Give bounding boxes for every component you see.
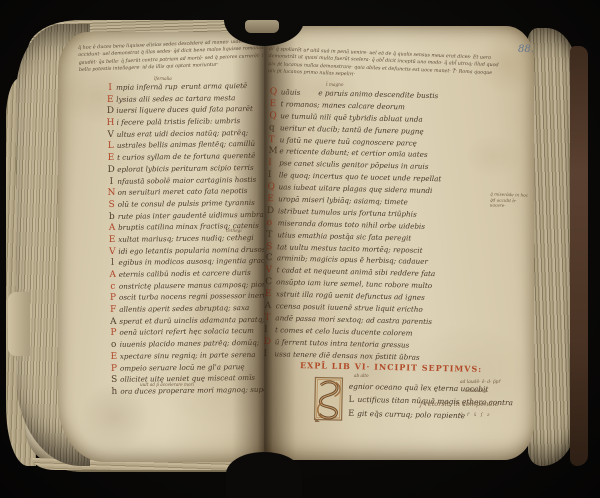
verse-text-right: Quāuis e paruis animo descendite bustisE… (264, 86, 443, 364)
verse-initial: Q (267, 111, 280, 123)
verse-initial: T (264, 313, 275, 325)
verse-initial: V (105, 130, 117, 142)
interlinear-gloss: t̄ magno (326, 82, 343, 87)
verse-initial: V (264, 265, 277, 277)
verse-initial: I (266, 158, 279, 170)
page-edges-right (528, 28, 576, 466)
verse-initial: E (104, 95, 116, 107)
verse-initial: M (266, 146, 279, 158)
verse-initial: P (107, 293, 119, 305)
verse-initial: H (105, 118, 117, 130)
manuscript-photo: q̄ hoc ē duces bene liquisse elisias sed… (0, 0, 600, 498)
marginal-note-line: uacere· (490, 203, 528, 210)
marginal-note: ad laudē· ē· d· p̄pr̄ (460, 380, 501, 385)
verse-initial: A (264, 301, 276, 313)
spine-notch-bottom (226, 452, 302, 498)
verse-initial: A (106, 223, 118, 235)
verse-initial: E (267, 99, 280, 111)
verse-initial: S (108, 375, 120, 387)
verse-initial: h (108, 387, 120, 399)
verse-initial: I (264, 349, 275, 361)
endband (245, 20, 279, 33)
verse-initial: C (264, 253, 277, 265)
verse-initial: F (107, 305, 119, 317)
verse-initial: o (108, 340, 120, 352)
interlinear-gloss: uult ad p̄ accelerare morī (140, 382, 194, 387)
marginal-note: uolat dn̄g (465, 389, 486, 394)
verse-initial: I (104, 83, 116, 95)
verse-initial: l (106, 258, 118, 270)
verse-initial: A (107, 317, 119, 329)
verse-initial: D (265, 206, 278, 218)
verso-page: q̄ hoc ē duces bene liquisse elisias sed… (58, 32, 266, 462)
verse-text-left: Impia infernā rup erunt arma quietēElysi… (104, 80, 266, 398)
interlinear-gloss: cethegi (226, 228, 242, 233)
verse-initial: L (105, 141, 117, 153)
verse-initial: c (107, 282, 119, 294)
verse-initial: I (266, 170, 279, 182)
commentary-gloss-left: q̄ hoc ē duces bene liquisse elisias sed… (78, 38, 266, 75)
verse-initial: E (105, 153, 117, 165)
interlinear-gloss: īfernalia (154, 76, 172, 81)
interlinear-gloss: ab alto (354, 373, 369, 378)
verse-initial: I (105, 176, 117, 188)
verse-initial: C (264, 277, 276, 289)
verse-initial: q (267, 123, 280, 135)
verse-initial: E (108, 352, 120, 364)
verse-initial: b (106, 211, 118, 223)
verse-initial: D (105, 165, 117, 177)
catchword-retorsit: ƒ retorsit, in compendio (420, 400, 499, 408)
verse-initial: A (107, 270, 119, 282)
verse-initial: E (264, 289, 276, 301)
protruding-leaf (8, 292, 30, 356)
folio-number: 88. (518, 44, 534, 55)
verse-initial: S (264, 242, 277, 254)
verse-initial: T (267, 135, 280, 147)
verse-initial: D (104, 106, 116, 118)
rubric-explicit-incipit: EXPL̄ LIB VI· INCIPIT SEPTIMVS: (300, 360, 482, 374)
verse-initial: o (264, 218, 277, 230)
verse-initial: I (264, 325, 275, 337)
recto-page: 88. dr̄ q̄ spoliarēt ur̄ uitā suā in pen… (264, 26, 534, 460)
commentary-gloss-right: dr̄ q̄ spoliarēt ur̄ uitā suā in penā ue… (268, 46, 499, 85)
verse-initial: E (106, 235, 118, 247)
marginal-note: q̄ miserāde in hocq̄d occidit t̄ruacere· (490, 191, 528, 209)
verse-initial: N (105, 188, 117, 200)
verse-initial: D (264, 337, 275, 349)
verse-initial: V (106, 246, 118, 258)
verse-initial: T (264, 230, 277, 242)
verse-initial: Q (268, 87, 281, 99)
marginal-note: c̄ r̄ x̄ ſ ɔ (460, 413, 491, 418)
decorated-initial-icon (313, 376, 344, 423)
verse-initial: Q (265, 182, 278, 194)
book-cover-edge (570, 46, 588, 466)
verse-initial: P (107, 328, 119, 340)
verse-initial: E (265, 194, 278, 206)
verse-initial: S (106, 200, 118, 212)
verse-initial: P (108, 363, 120, 375)
